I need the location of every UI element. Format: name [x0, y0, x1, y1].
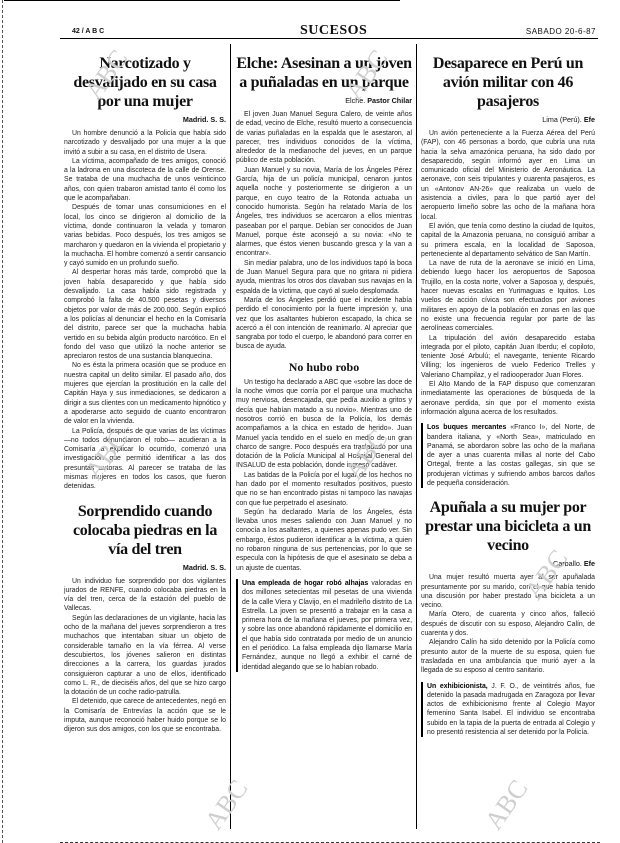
paragraph: Al despertar horas más tarde, comprobó q…	[64, 268, 226, 361]
paragraph: No es ésta la primera ocasión que se pro…	[64, 361, 226, 426]
brief-lead: Un exhibicionista,	[427, 683, 488, 690]
news-brief: Los buques mercantes «Franco I», del Nor…	[421, 423, 595, 488]
paragraph: La nave de ruta de la aeronave se inició…	[421, 259, 595, 333]
paragraph: Alejandro Calín ha sido detenido por la …	[421, 638, 595, 675]
paragraph: El Alto Mando de la FAP dispuso que come…	[421, 380, 595, 417]
column-2: Elche: Asesinan a un joven a puñaladas e…	[236, 44, 412, 672]
paragraph: Juan Manuel y su novia, María de los Áng…	[236, 166, 412, 259]
subheading: No hubo robo	[236, 360, 412, 375]
paragraph: María de los Ángeles perdió que el incid…	[236, 296, 412, 352]
headline: Apuñala a su mujer por prestar una bicic…	[421, 498, 595, 555]
news-brief: Un exhibicionista, J. F. O., de veintitr…	[421, 682, 595, 738]
headline: Narcotizado y desvalijado en su casa por…	[64, 54, 226, 111]
paragraph: Un avión perteneciente a la Fuerza Aérea…	[421, 129, 595, 222]
paragraph: Después de tomar unas consumiciones en e…	[64, 203, 226, 268]
watermark: ABC	[479, 774, 534, 835]
paragraph: Sin mediar palabra, uno de los individuo…	[236, 259, 412, 296]
article-narcotizado: Narcotizado y desvalijado en su casa por…	[64, 54, 226, 492]
top-rule	[4, 0, 400, 1]
paragraph: El joven Juan Manuel Segura Calero, de v…	[236, 110, 412, 166]
paragraph: Según las declaraciones de un vigilante,…	[64, 614, 226, 698]
column-3: Desaparece en Perú un avión militar con …	[421, 44, 595, 737]
article-sorprendido: Sorprendido cuando colocaba piedras en l…	[64, 502, 226, 735]
brief-lead: Una empleada de hogar robó alhajas	[242, 580, 368, 587]
page-header: 42 / A B C SUCESOS SABADO 20-6-87	[60, 22, 598, 39]
column-1: Narcotizado y desvalijado en su casa por…	[64, 44, 226, 735]
byline: Madrid. S. S.	[64, 563, 226, 572]
byline: Madrid. S. S.	[64, 115, 226, 124]
byline: Lima (Perú). Efe	[421, 115, 595, 124]
byline: Elche. Pastor Chilar	[236, 96, 412, 105]
paragraph: Un individuo fue sorprendido por dos vig…	[64, 577, 226, 614]
headline: Elche: Asesinan a un joven a puñaladas e…	[236, 54, 412, 92]
article-peru: Desaparece en Perú un avión militar con …	[421, 54, 595, 488]
paragraph: El avión, que tenía como destino la ciud…	[421, 222, 595, 259]
news-brief: Una empleada de hogar robó alhajas valor…	[236, 579, 412, 672]
paragraph: La tripulación del avión desaparecido es…	[421, 334, 595, 380]
paragraph: Un hombre denunció a la Policía que habí…	[64, 129, 226, 157]
column-divider	[230, 44, 231, 829]
byline: Carballo. Efe	[421, 559, 595, 568]
issue-date: SABADO 20-6-87	[526, 27, 596, 36]
page-number: 42 / A B C	[72, 28, 104, 35]
paragraph: Las batidas de la Policía por el lugar d…	[236, 471, 412, 508]
paragraph: La víctima, acompañado de tres amigos, c…	[64, 157, 226, 203]
paragraph: María Otero, de cuarenta y cinco años, f…	[421, 610, 595, 638]
paragraph: Según ha declarado María de los Ángeles,…	[236, 508, 412, 573]
paragraph: Una mujer resultó muerta ayer al ser apu…	[421, 573, 595, 610]
paragraph: Un testigo ha declarado a ABC que «sobre…	[236, 378, 412, 471]
paragraph: La Policía, después de que varias de las…	[64, 427, 226, 492]
article-elche: Elche: Asesinan a un joven a puñaladas e…	[236, 54, 412, 672]
headline: Sorprendido cuando colocaba piedras en l…	[64, 502, 226, 559]
newspaper-page: 42 / A B C SUCESOS SABADO 20-6-87 Narcot…	[0, 0, 620, 843]
section-title: SUCESOS	[300, 23, 367, 39]
headline: Desaparece en Perú un avión militar con …	[421, 54, 595, 111]
paragraph: El detenido, que carece de antecedentes,…	[64, 697, 226, 734]
column-divider	[416, 44, 417, 829]
binding-edge	[2, 0, 4, 843]
brief-lead: Los buques mercantes	[427, 424, 506, 431]
article-apunala: Apuñala a su mujer por prestar una bicic…	[421, 498, 595, 737]
watermark: ABC	[199, 774, 254, 835]
